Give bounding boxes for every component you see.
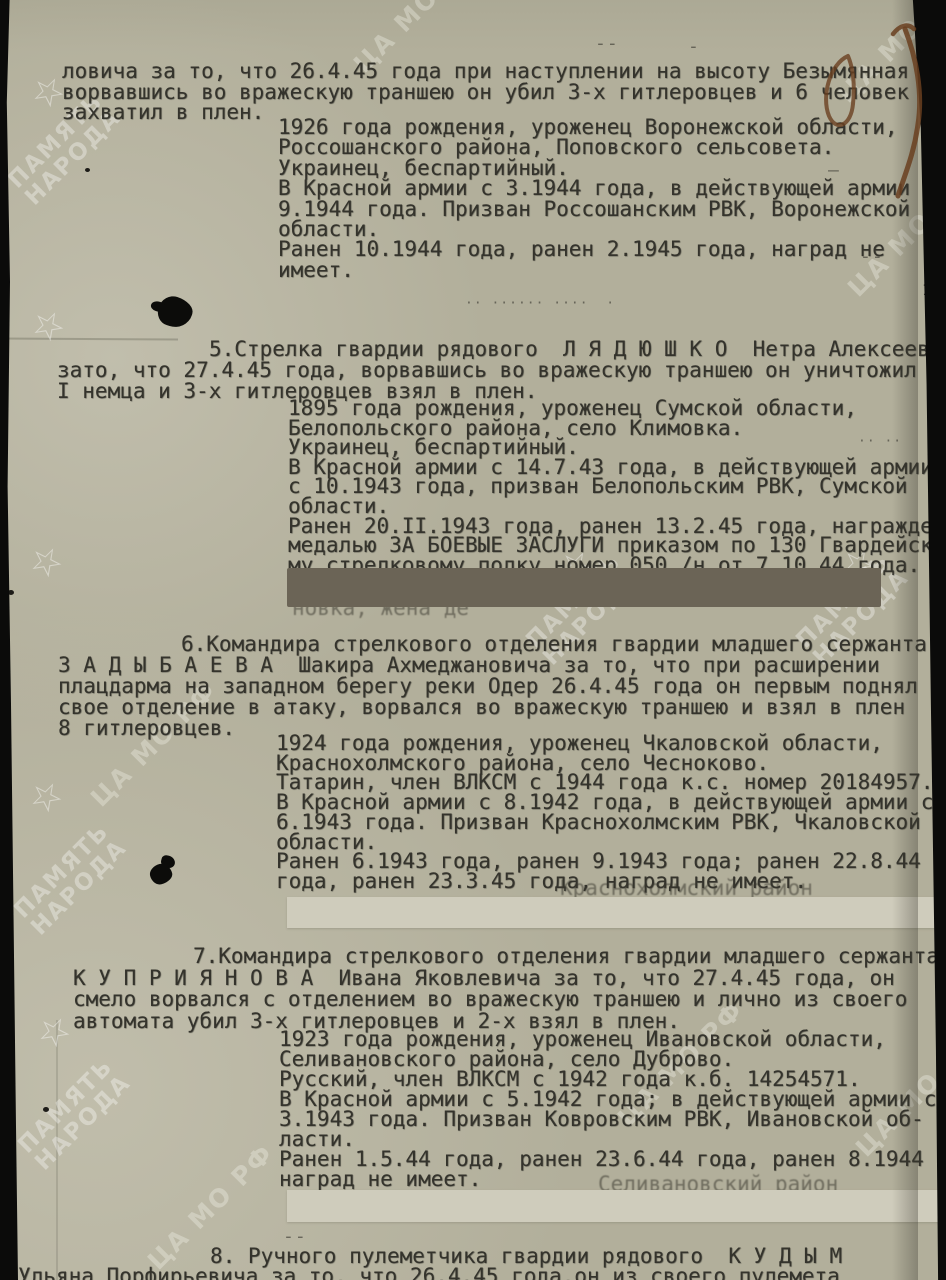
- watermark-star-icon: ☆: [18, 534, 73, 589]
- paper-speck: [43, 1107, 49, 1112]
- text-line: ворвавшись во вражескую траншею он убил …: [62, 82, 909, 103]
- scan-edge-left: [0, 0, 20, 1280]
- paper-hole: [154, 292, 196, 331]
- section-7-heading: 7.Командира стрелкового отделения гварди…: [73, 946, 939, 1032]
- paper-hole: [148, 861, 174, 886]
- typewriter-artifact-dash: ·· ······ ···· ·: [465, 296, 615, 311]
- text-line: Ранен 1.5.44 года, ранен 23.6.44 года, р…: [279, 1149, 936, 1169]
- watermark-text: НАРОДА: [27, 835, 131, 939]
- text-line: ласти.: [279, 1129, 936, 1149]
- paper-crease: [56, 1020, 58, 1280]
- typewriter-artifact-dash: -: [688, 36, 700, 57]
- scanned-document-page: ☆ ☆ ☆ ☆ ☆ ☆ ☆ ПАМЯТЬ НАРОДА ПАМЯТЬ НАРОД…: [0, 0, 946, 1280]
- text-line: Ульяна Порфирьевича за то, что 26.4.45 г…: [18, 1266, 842, 1280]
- redaction-bar-dark: [287, 568, 881, 607]
- watermark-star-icon: ☆: [18, 769, 73, 824]
- watermark-text: ПАМЯТЬ: [10, 818, 114, 922]
- text-line: З А Д Ы Б А Е В А Шакира Ахмеджановича з…: [58, 655, 927, 676]
- redaction-bar-light: [287, 1190, 946, 1222]
- watermark-text: ПАМЯТЬ: [14, 1053, 118, 1157]
- text-line: Селивановского района, село Дуброво.: [279, 1049, 936, 1069]
- section-6-service-record: 1924 года рождения, уроженец Чкаловской …: [276, 734, 933, 892]
- typewriter-artifact-dash: --: [595, 33, 619, 54]
- text-line: Русский, член ВЛКСМ с 1942 года к.б. 142…: [279, 1069, 936, 1089]
- text-line: смело ворвался с отделением во вражескую…: [73, 989, 939, 1011]
- text-line: 6.Командира стрелкового отделения гварди…: [58, 634, 927, 655]
- text-line: 3.1943 года. Призван Ковровским РВК, Ива…: [279, 1109, 936, 1129]
- text-line: области.: [278, 219, 935, 239]
- text-line: 8. Ручного пулеметчика гвардии рядового …: [18, 1246, 842, 1266]
- section-8-heading: 8. Ручного пулеметчика гвардии рядового …: [18, 1246, 842, 1280]
- section-5-service-record: 1895 года рождения, уроженец Сумской обл…: [288, 399, 946, 575]
- text-line: 1923 года рождения, уроженец Ивановской …: [279, 1029, 936, 1049]
- section-5-heading: 5.Стрелка гвардии рядового Л Я Д Ю Ш К О…: [57, 339, 946, 401]
- section-7-service-record: 1923 года рождения, уроженец Ивановской …: [279, 1029, 936, 1189]
- text-line: имеет.: [278, 260, 935, 280]
- handwritten-pen-mark: [808, 12, 938, 212]
- typewriter-artifact-dash: --: [283, 1226, 307, 1247]
- text-line: 7.Командира стрелкового отделения гварди…: [73, 946, 939, 968]
- text-line: 5.Стрелка гвардии рядового Л Я Д Ю Ш К О…: [57, 339, 946, 360]
- text-line: плацдарма на западном берегу реки Одер 2…: [58, 676, 927, 697]
- section-6-heading: 6.Командира стрелкового отделения гварди…: [58, 634, 927, 739]
- text-line: зато, что 27.4.45 года, ворвавшись во вр…: [57, 360, 946, 381]
- paper-speck: [85, 168, 90, 172]
- text-line: В Красной армии с 5.1942 года; в действу…: [279, 1089, 936, 1109]
- watermark-pamyat-naroda: ПАМЯТЬ НАРОДА: [14, 1053, 135, 1174]
- watermark-text: НАРОДА: [31, 1070, 135, 1174]
- redaction-bar-light: [287, 897, 946, 928]
- text-line: свое отделение в атаку, ворвался во враж…: [58, 697, 927, 718]
- text-line: Ранен 10.1944 года, ранен 2.1945 года, н…: [278, 239, 935, 259]
- section-4-continuation-text: ловича за то, что 26.4.45 года при насту…: [62, 61, 909, 123]
- watermark-pamyat-naroda: ПАМЯТЬ НАРОДА: [10, 818, 131, 939]
- text-line: ловича за то, что 26.4.45 года при насту…: [62, 61, 909, 82]
- text-line: К У П Р И Я Н О В А Ивана Яковлевича за …: [73, 968, 939, 990]
- typewriter-artifact-dash: --: [860, 246, 884, 267]
